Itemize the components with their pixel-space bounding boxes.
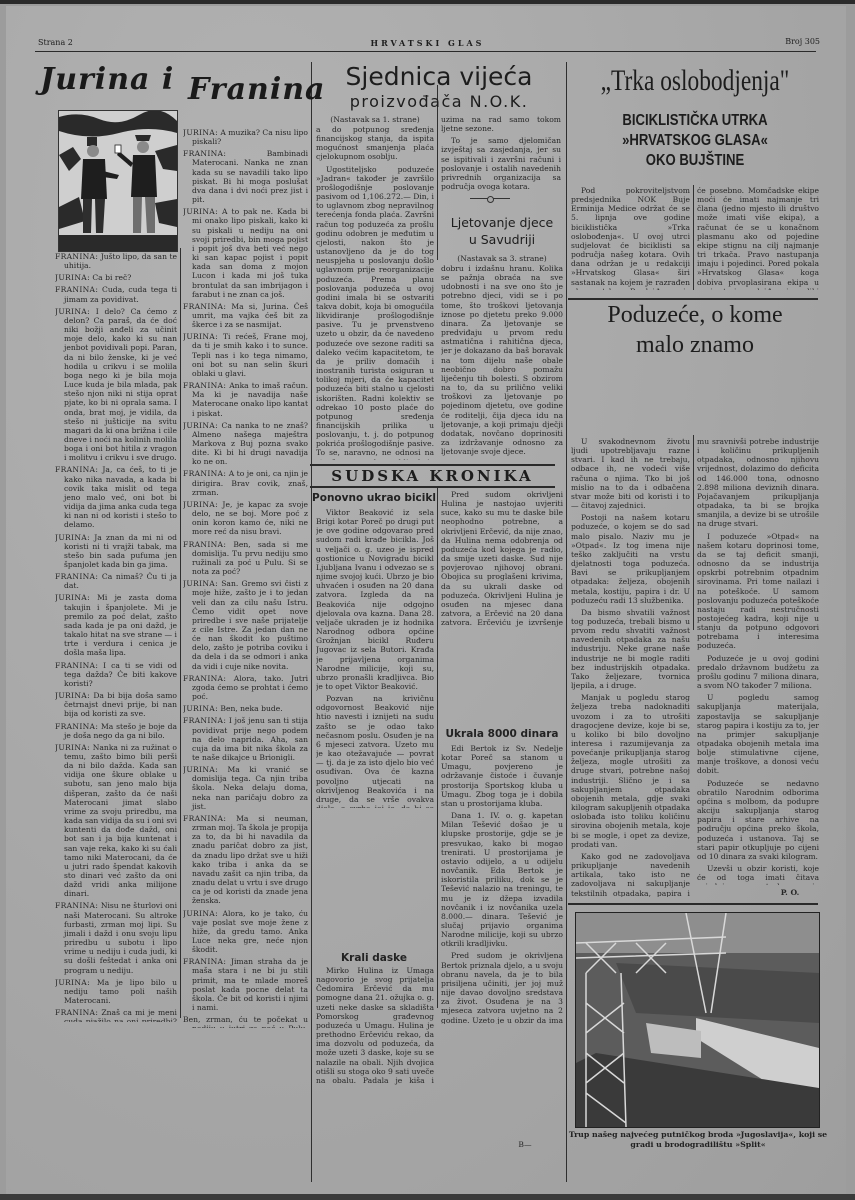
dialogue-line: FRANINA: Ja, ca ćeš, to ti je kako nika … [55,465,177,529]
poduzece-signature: P. O. [770,888,810,897]
dialogue-line: FRANINA: Ben, sada si me domislija. Tu p… [183,540,308,577]
shipyard-photo [575,912,820,1128]
trka-subheadline-2: »HRVATSKOG GLASA« [593,132,798,150]
dialogue-line: FRANINA: Jiman straha da je maša stara i… [183,957,308,1012]
column-divider [437,85,438,260]
sjednica-headline-line1: Sjednica vijeća [312,62,566,91]
dialogue-line: JURINA: A muzika? Ca nisu lipo piskali? [183,128,308,146]
article-title-krali-daske: Krali daske [312,952,436,964]
article-body-krali-daske-cont: Pred sudom okrivljeni Hulina je nastojao… [441,490,563,628]
dialogue-line: JURINA: A to pak ne. Kada bi mi onako li… [183,207,308,299]
sjednica-body-right: uzima na rad samo tokom ljetne sezone. T… [441,115,561,195]
ljetovanje-continued-note: (Nastavak sa 3. strane) [441,254,563,263]
sjednica-headline-line2: proizvođača N.O.K. [312,92,566,111]
woodcut-illustration-icon [59,111,177,251]
dialogue-line: FRANINA: Ca nimaš? Ću ti ja dat. [55,572,177,590]
dialogue-line: JURINA: Ma ki vranić se domislija tega. … [183,765,308,811]
dialogue-line: FRANINA: Ma si neuman, zrman moj. Ta ško… [183,814,308,906]
dialogue-line: FRANINA: Ma si, Jurina. Ćeš umrit, ma va… [183,302,308,329]
poduzece-headline-line1: Poduzeće, o kome [570,302,820,329]
column-divider [437,488,438,1008]
dialogue-line: JURINA: Ti rećeš, Frane moj, da ti je sm… [183,332,308,378]
section-rule [568,298,818,300]
trka-headline: „Trka oslobodjenja" [598,64,793,98]
illustration-two-men [58,110,178,252]
dialogue-line: JURINA: Ben, neka bude. [183,704,308,713]
dialogue-line: JURINA: Ma je lipo bilo u nediju tamo po… [55,978,177,1005]
column-divider [311,62,312,1182]
jurina-title-part2: Franina [188,72,325,107]
photo-caption: Trup našeg najvećeg putničkog broda »Jug… [568,1130,828,1150]
dialogue-line: JURINA: Ja znan da mi ni od koristi ni t… [55,533,177,570]
section-divider-ornament [470,198,510,199]
article-title-ukrala: Ukrala 8000 dinara [440,728,564,740]
article-body-ponovno: Viktor Beaković iz sela Brigi kotar Pore… [316,508,434,808]
dialogue-line: FRANINA: Alora, tako. Jutri zgoda ćemo s… [183,674,308,701]
article-signature: B— [505,1140,545,1149]
trka-subheadline-1: BICIKLISTIČKA UTRKA [593,112,798,130]
ljetovanje-body: dobru i izdašnu hranu. Kolika se pažnja … [441,264,563,460]
poduzece-body-left: U svakodnevnom životu ljudi upotrebljava… [571,437,690,897]
dialogue-line: Ben, zrman, ću te počekat u nediju u jut… [183,1015,308,1028]
column-divider [566,62,567,1182]
sjednica-continued-note: (Nastavak sa 1. strane) [316,115,434,124]
dialogue-line: FRANINA: Cuda, cuda tega ti jimam za pov… [55,285,177,303]
jurina-title-part1: Jurina i [40,62,174,97]
dialogue-line: FRANINA: I ca ti se vidi od tega dažda? … [55,661,177,688]
column-divider [180,248,181,1018]
article-title-ponovno: Ponovno ukrao bicikl [312,492,436,504]
masthead: HRVATSKI GLAS [0,38,855,48]
jurina-dialogue-left: FRANINA: Jušto lipo, da san te uhitija. … [55,252,177,1022]
dialogue-line: JURINA: Ca bi reč? [55,273,177,282]
dialogue-line: FRANINA: Nisu ne šturlovi oni naši Mater… [55,901,177,974]
dialogue-line: JURINA: Da bi bija doša samo četrnajst d… [55,691,177,718]
trka-body-left: Pod pokroviteljstvom predsjednika NOK Bu… [571,186,690,290]
header-rule [35,51,816,52]
dialogue-line: JURINA: Mi je zasta doma takujin i španj… [55,593,177,657]
page-top-edge [0,0,855,4]
sjednica-body-left: a do potpunog sređenja financijskog stan… [316,125,434,460]
dialogue-line: JURINA: Nanka ni za ružinat o temu, zašt… [55,743,177,899]
dialogue-line: JURINA: San. Gremo svi čisti z moje hiže… [183,579,308,671]
article-body-krali-daske: Mirko Hulina iz Umaga nagovorio je svog … [316,966,434,1086]
sudska-kronika-banner: SUDSKA KRONIKA [310,464,555,488]
column-divider [693,435,694,630]
dialogue-line: FRANINA: I još jenu san ti stija povidiv… [183,716,308,762]
column-divider [693,185,694,290]
section-rule [568,903,818,905]
dialogue-line: FRANINA: Jušto lipo, da san te uhitija. [55,252,177,270]
poduzece-headline-line2: malo znamo [570,332,820,359]
article-body-ukrala: Edi Bertok iz Sv. Nedelje kotar Poreč sa… [441,744,563,1024]
poduzece-body-right: mu sravnivši potrebe industrije i količi… [697,437,819,885]
dialogue-line: JURINA: I delo? Ca ćemo z delon? Ca para… [55,307,177,463]
dialogue-line: FRANINA: A to je oni, ca njin je dirigir… [183,469,308,496]
dialogue-line: JURINA: Ca nanka to ne znaš? Almeno naše… [183,421,308,467]
dialogue-line: JURINA: Je, je kapac za svoje delo, ne s… [183,500,308,537]
trka-body-right: će posebno. Momčadske ekipe moći će imat… [697,186,819,290]
ljetovanje-headline-line1: Ljetovanje djece [440,215,564,230]
trka-subheadline-3: OKO BUJŠTINE [593,152,798,170]
issue-number: Broj 305 [785,37,820,46]
dialogue-line: FRANINA: Ma stešo je boje da je doša neg… [55,722,177,740]
dialogue-line: FRANINA: Bambinadi Materocani. Nanka ne … [183,149,308,204]
shipyard-crane-icon [576,913,819,1127]
page-bottom-edge [0,1194,855,1200]
dialogue-line: FRANINA: Anka to imaš račun. Ma ki je na… [183,381,308,418]
jurina-dialogue-right: JURINA: A muzika? Ca nisu lipo piskali? … [183,128,308,1028]
dialogue-line: JURINA: Alora, ko je tako, ću vaje posla… [183,909,308,955]
dialogue-line: FRANINA: Znaš ca mi je meni cuda pjažilo… [55,1008,177,1022]
ljetovanje-headline-line2: u Savudriji [440,232,564,247]
